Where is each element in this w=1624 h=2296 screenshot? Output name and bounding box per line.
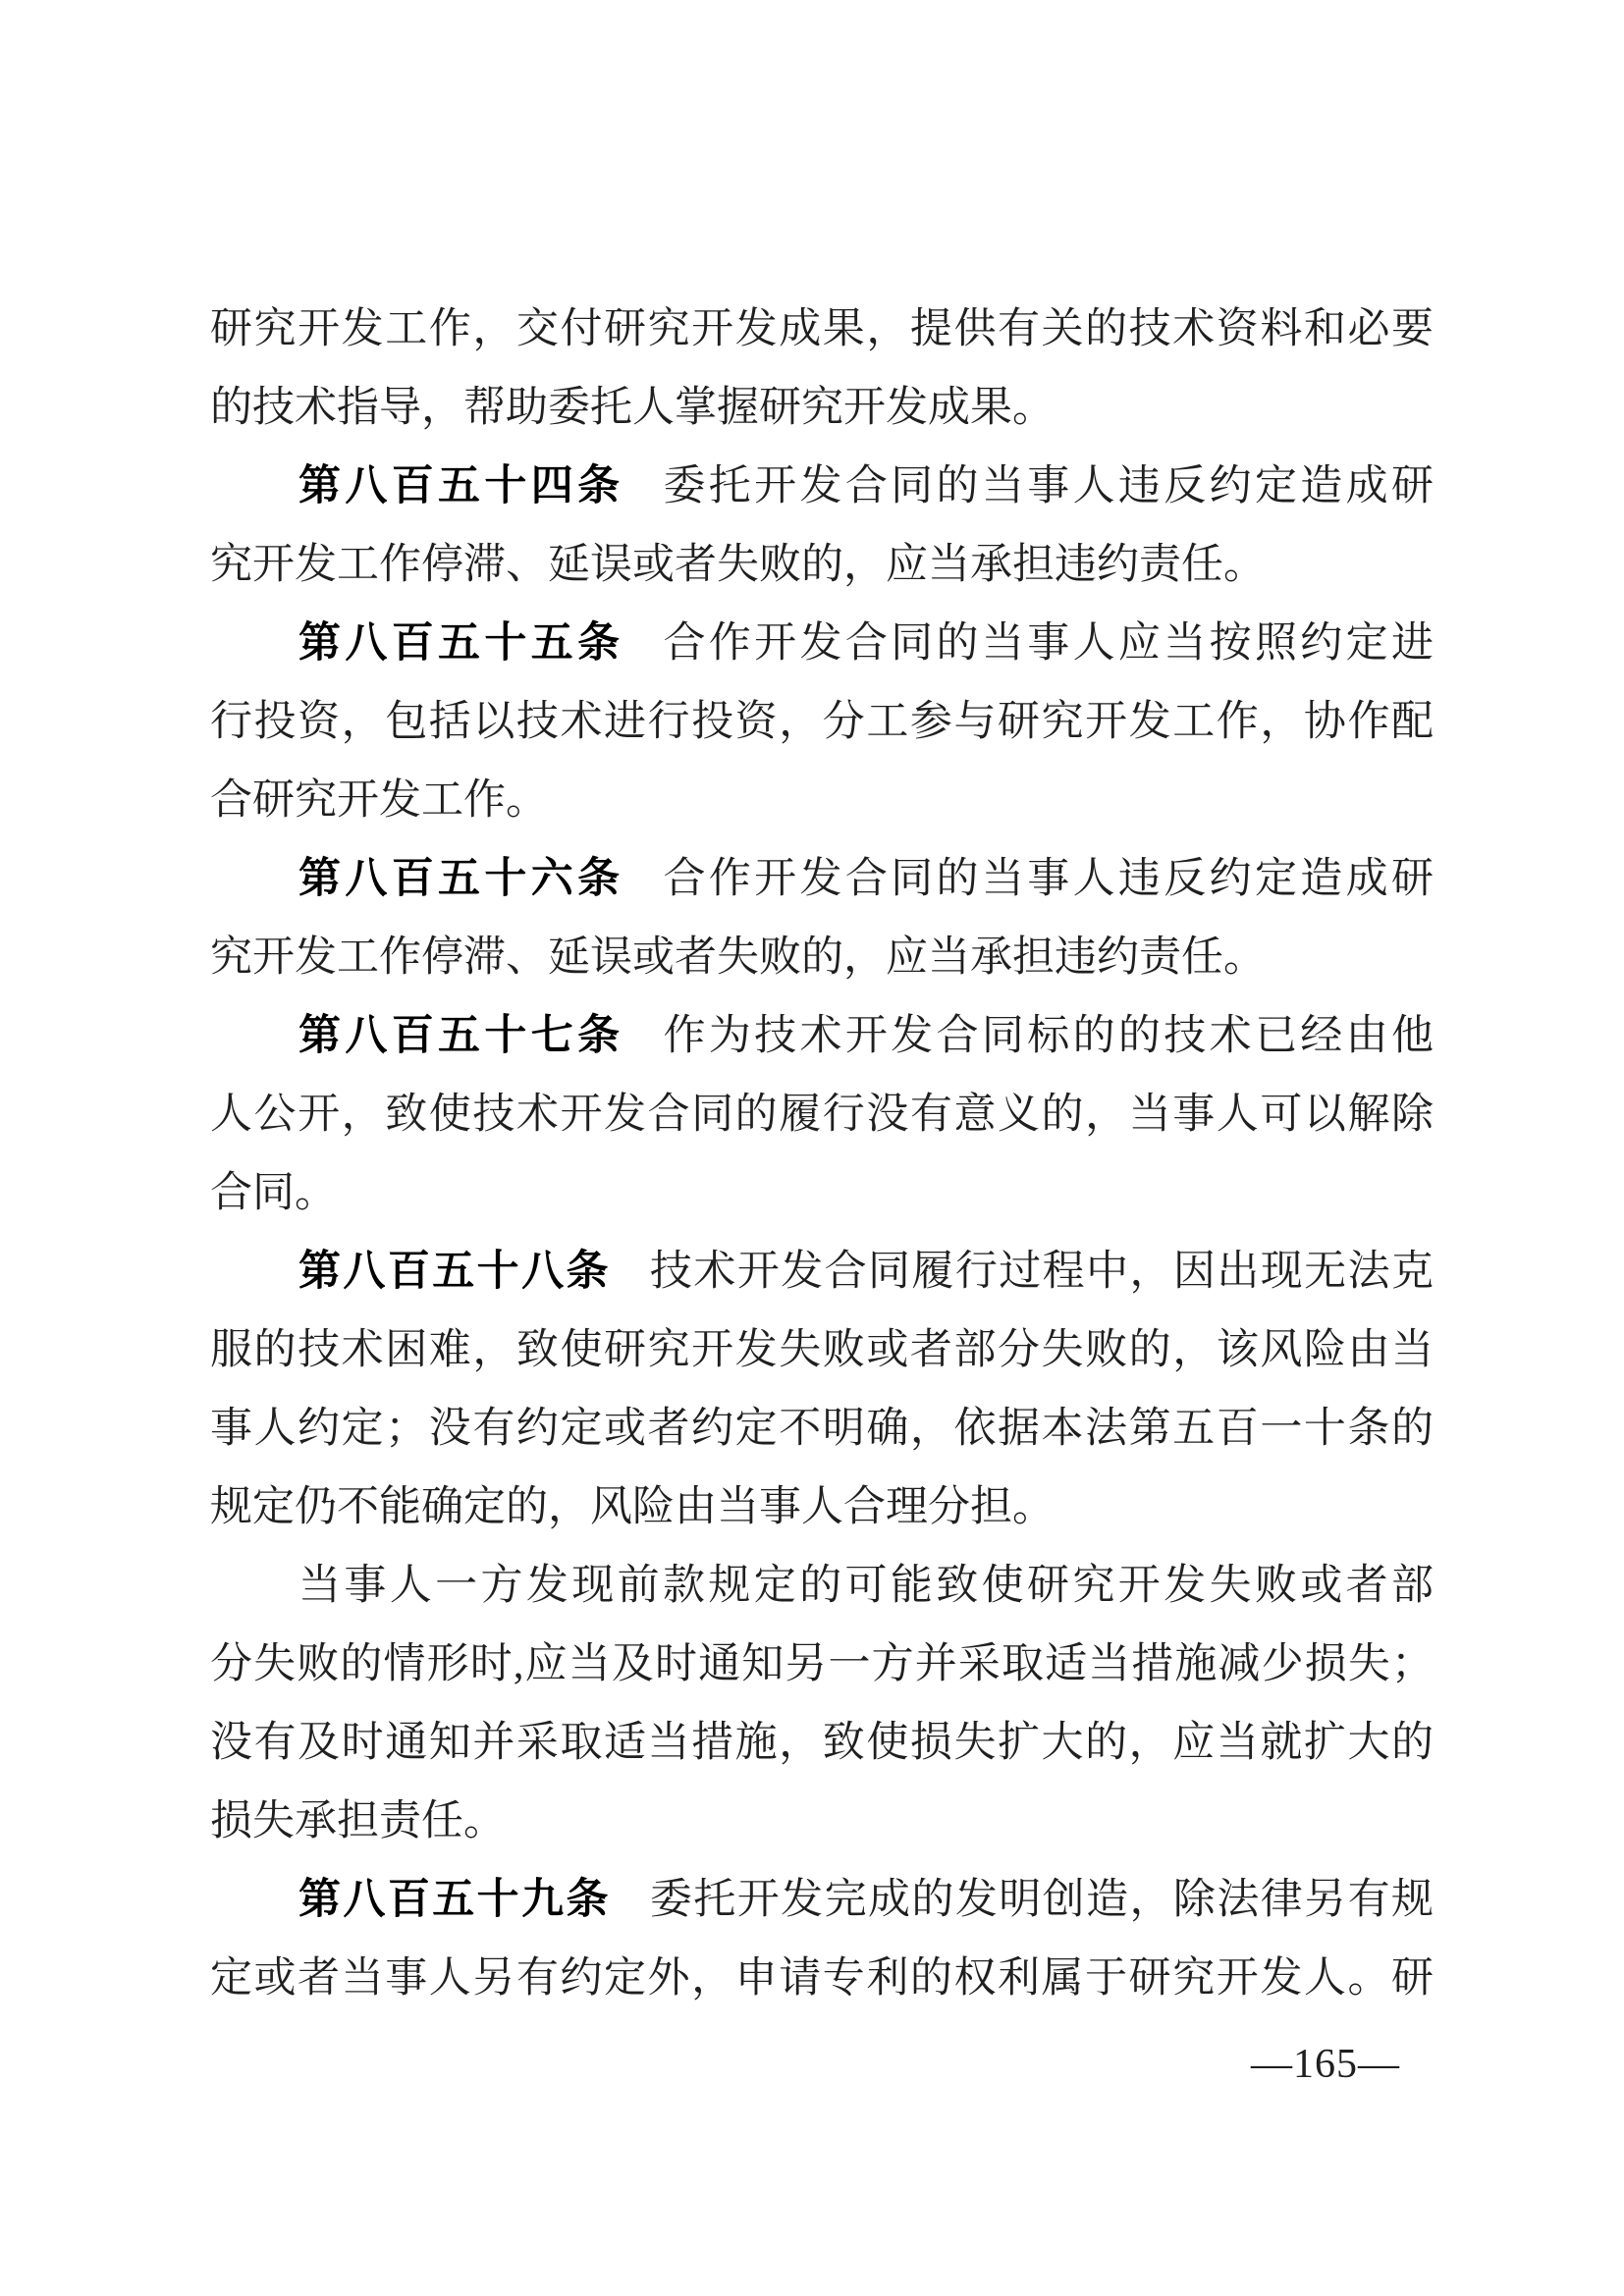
line-text: 究开发工作停滞、延误或者失败的，应当承担违约责任。 [210, 542, 1266, 588]
line-text: 合同。 [210, 1170, 337, 1216]
text-line: 究开发工作停滞、延误或者失败的，应当承担违约责任。 [210, 526, 1434, 605]
line-text: 分失败的情形时,应当及时通知另一方并采取适当措施减少损失； [210, 1641, 1434, 1687]
line-text: 委托开发完成的发明创造，除法律另有规 [650, 1877, 1434, 1923]
article-857-number: 第八百五十七条 [298, 1013, 623, 1059]
text-line: 人公开，致使技术开发合同的履行没有意义的，当事人可以解除 [210, 1076, 1434, 1154]
document-body: 研究开发工作，交付研究开发成果，提供有关的技术资料和必要 的技术指导，帮助委托人… [210, 291, 1434, 2018]
text-line: 合同。 [210, 1154, 1434, 1233]
text-line: 第八百五十七条作为技术开发合同标的的技术已经由他 [210, 997, 1434, 1076]
line-text: 损失承担责任。 [210, 1798, 506, 1844]
line-text: 究开发工作停滞、延误或者失败的，应当承担违约责任。 [210, 934, 1266, 981]
line-text: 合作开发合同的当事人违反约定造成研 [663, 856, 1434, 902]
line-text: 定或者当事人另有约定外，申请专利的权利属于研究开发人。研 [210, 1955, 1434, 2002]
paragraph-article-859: 第八百五十九条委托开发完成的发明创造，除法律另有规 定或者当事人另有约定外，申请… [210, 1861, 1434, 2018]
text-line: 的技术指导，帮助委托人掌握研究开发成果。 [210, 369, 1434, 448]
paragraph-article-854: 第八百五十四条委托开发合同的当事人违反约定造成研 究开发工作停滞、延误或者失败的… [210, 448, 1434, 605]
line-text: 服的技术困难，致使研究开发失败或者部分失败的，该风险由当 [210, 1327, 1434, 1373]
line-text: 行投资，包括以技术进行投资，分工参与研究开发工作，协作配 [210, 699, 1434, 745]
text-line: 合研究开发工作。 [210, 762, 1434, 840]
paragraph-article-858: 第八百五十八条技术开发合同履行过程中，因出现无法克 服的技术困难，致使研究开发失… [210, 1233, 1434, 1547]
text-line: 行投资，包括以技术进行投资，分工参与研究开发工作，协作配 [210, 683, 1434, 762]
line-text: 人公开，致使技术开发合同的履行没有意义的，当事人可以解除 [210, 1092, 1434, 1138]
article-858-number: 第八百五十八条 [298, 1249, 611, 1295]
paragraph-article-855: 第八百五十五条合作开发合同的当事人应当按照约定进 行投资，包括以技术进行投资，分… [210, 605, 1434, 840]
line-text: 作为技术开发合同标的的技术已经由他 [663, 1013, 1434, 1059]
line-text: 技术开发合同履行过程中，因出现无法克 [650, 1249, 1434, 1295]
line-text: 委托开发合同的当事人违反约定造成研 [663, 463, 1434, 509]
text-line: 研究开发工作，交付研究开发成果，提供有关的技术资料和必要 [210, 291, 1434, 369]
text-line: 事人约定；没有约定或者约定不明确，依据本法第五百一十条的 [210, 1390, 1434, 1468]
text-line: 第八百五十八条技术开发合同履行过程中，因出现无法克 [210, 1233, 1434, 1311]
paragraph-article-856: 第八百五十六条合作开发合同的当事人违反约定造成研 究开发工作停滞、延误或者失败的… [210, 840, 1434, 997]
article-855-number: 第八百五十五条 [298, 620, 623, 667]
text-line: 第八百五十五条合作开发合同的当事人应当按照约定进 [210, 605, 1434, 683]
line-text: 合研究开发工作。 [210, 777, 548, 824]
line-text: 的技术指导，帮助委托人掌握研究开发成果。 [210, 385, 1055, 431]
text-line: 第八百五十四条委托开发合同的当事人违反约定造成研 [210, 448, 1434, 526]
page-footer: —165— [1251, 2042, 1400, 2087]
text-line: 损失承担责任。 [210, 1783, 1434, 1861]
text-line: 分失败的情形时,应当及时通知另一方并采取适当措施减少损失； [210, 1626, 1434, 1704]
paragraph-article-858-clause-2: 当事人一方发现前款规定的可能致使研究开发失败或者部 分失败的情形时,应当及时通知… [210, 1547, 1434, 1861]
line-text: 合作开发合同的当事人应当按照约定进 [663, 620, 1434, 667]
text-line: 没有及时通知并采取适当措施，致使损失扩大的，应当就扩大的 [210, 1704, 1434, 1783]
text-line: 规定仍不能确定的，风险由当事人合理分担。 [210, 1468, 1434, 1547]
text-line: 当事人一方发现前款规定的可能致使研究开发失败或者部 [210, 1547, 1434, 1626]
line-text: 没有及时通知并采取适当措施，致使损失扩大的，应当就扩大的 [210, 1720, 1434, 1766]
article-859-number: 第八百五十九条 [298, 1877, 611, 1923]
line-text: 规定仍不能确定的，风险由当事人合理分担。 [210, 1484, 1055, 1530]
paragraph-continuation: 研究开发工作，交付研究开发成果，提供有关的技术资料和必要 的技术指导，帮助委托人… [210, 291, 1434, 448]
text-line: 定或者当事人另有约定外，申请专利的权利属于研究开发人。研 [210, 1940, 1434, 2018]
line-text: 研究开发工作，交付研究开发成果，提供有关的技术资料和必要 [210, 306, 1434, 352]
paragraph-article-857: 第八百五十七条作为技术开发合同标的的技术已经由他 人公开，致使技术开发合同的履行… [210, 997, 1434, 1233]
article-854-number: 第八百五十四条 [298, 463, 623, 509]
text-line: 第八百五十六条合作开发合同的当事人违反约定造成研 [210, 840, 1434, 919]
page-number: —165— [1251, 2042, 1400, 2087]
text-line: 服的技术困难，致使研究开发失败或者部分失败的，该风险由当 [210, 1311, 1434, 1390]
text-line: 第八百五十九条委托开发完成的发明创造，除法律另有规 [210, 1861, 1434, 1940]
text-line: 究开发工作停滞、延误或者失败的，应当承担违约责任。 [210, 919, 1434, 997]
line-text: 当事人一方发现前款规定的可能致使研究开发失败或者部 [298, 1563, 1434, 1609]
article-856-number: 第八百五十六条 [298, 856, 623, 902]
line-text: 事人约定；没有约定或者约定不明确，依据本法第五百一十条的 [210, 1406, 1434, 1452]
